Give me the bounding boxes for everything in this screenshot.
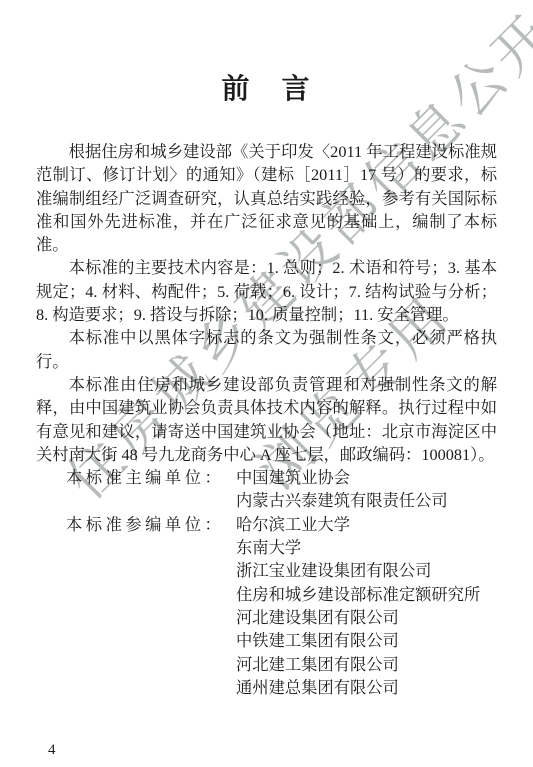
- participating-editor-row: 河北建设集团有限公司: [36, 606, 497, 629]
- paragraph-management-contact: 本标准由住房和城乡建设部负责管理和对强制性条文的解释，由中国建筑业协会负责具体技…: [36, 373, 497, 466]
- chief-editor-unit: 中国建筑业协会: [236, 466, 497, 489]
- page-content: 前 言 根据住房和城乡建设部《关于印发〈2011 年工程建设标准规范制订、修订计…: [36, 0, 497, 699]
- participating-editor-unit: 住房和城乡建设部标准定额研究所: [236, 583, 497, 606]
- participating-editor-row: 浙江宝业建设集团有限公司: [36, 559, 497, 582]
- document-page: 住房城乡建设部信息公开 浏览专用 前 言 根据住房和城乡建设部《关于印发〈201…: [0, 0, 533, 767]
- participating-editor-unit: 浙江宝业建设集团有限公司: [236, 559, 497, 582]
- chief-editor-unit: 内蒙古兴泰建筑有限责任公司: [236, 489, 497, 512]
- paragraph-mandatory-provisions: 本标准中以黑体字标志的条文为强制性条文，必须严格执行。: [36, 326, 497, 373]
- participating-editor-row: 东南大学: [36, 536, 497, 559]
- participating-editor-unit: 河北建工集团有限公司: [236, 653, 497, 676]
- participating-editor-unit: 通州建总集团有限公司: [236, 676, 497, 699]
- participating-editor-unit: 哈尔滨工业大学: [236, 513, 497, 536]
- page-number: 4: [48, 742, 56, 759]
- chief-editor-row: 内蒙古兴泰建筑有限责任公司: [36, 489, 497, 512]
- participating-editor-unit: 东南大学: [236, 536, 497, 559]
- participating-editor-unit: 河北建设集团有限公司: [236, 606, 497, 629]
- participating-editor-row: 河北建工集团有限公司: [36, 653, 497, 676]
- chief-editor-label: 本标准主编单位：: [36, 466, 236, 489]
- paragraph-basis: 根据住房和城乡建设部《关于印发〈2011 年工程建设标准规范制订、修订计划〉的通…: [36, 140, 497, 256]
- participating-editor-row: 通州建总集团有限公司: [36, 676, 497, 699]
- page-title: 前 言: [36, 74, 497, 106]
- participating-editor-unit: 中铁建工集团有限公司: [236, 629, 497, 652]
- participating-editor-row: 住房和城乡建设部标准定额研究所: [36, 583, 497, 606]
- participating-editor-row: 中铁建工集团有限公司: [36, 629, 497, 652]
- paragraph-technical-contents: 本标准的主要技术内容是：1. 总则；2. 术语和符号；3. 基本规定；4. 材料…: [36, 256, 497, 326]
- foreword-body: 根据住房和城乡建设部《关于印发〈2011 年工程建设标准规范制订、修订计划〉的通…: [36, 140, 497, 466]
- participating-editor-label: 本标准参编单位：: [36, 513, 236, 536]
- participating-editor-row: 本标准参编单位： 哈尔滨工业大学: [36, 513, 497, 536]
- chief-editor-row: 本标准主编单位： 中国建筑业协会: [36, 466, 497, 489]
- editing-units-section: 本标准主编单位： 中国建筑业协会 内蒙古兴泰建筑有限责任公司 本标准参编单位： …: [36, 466, 497, 699]
